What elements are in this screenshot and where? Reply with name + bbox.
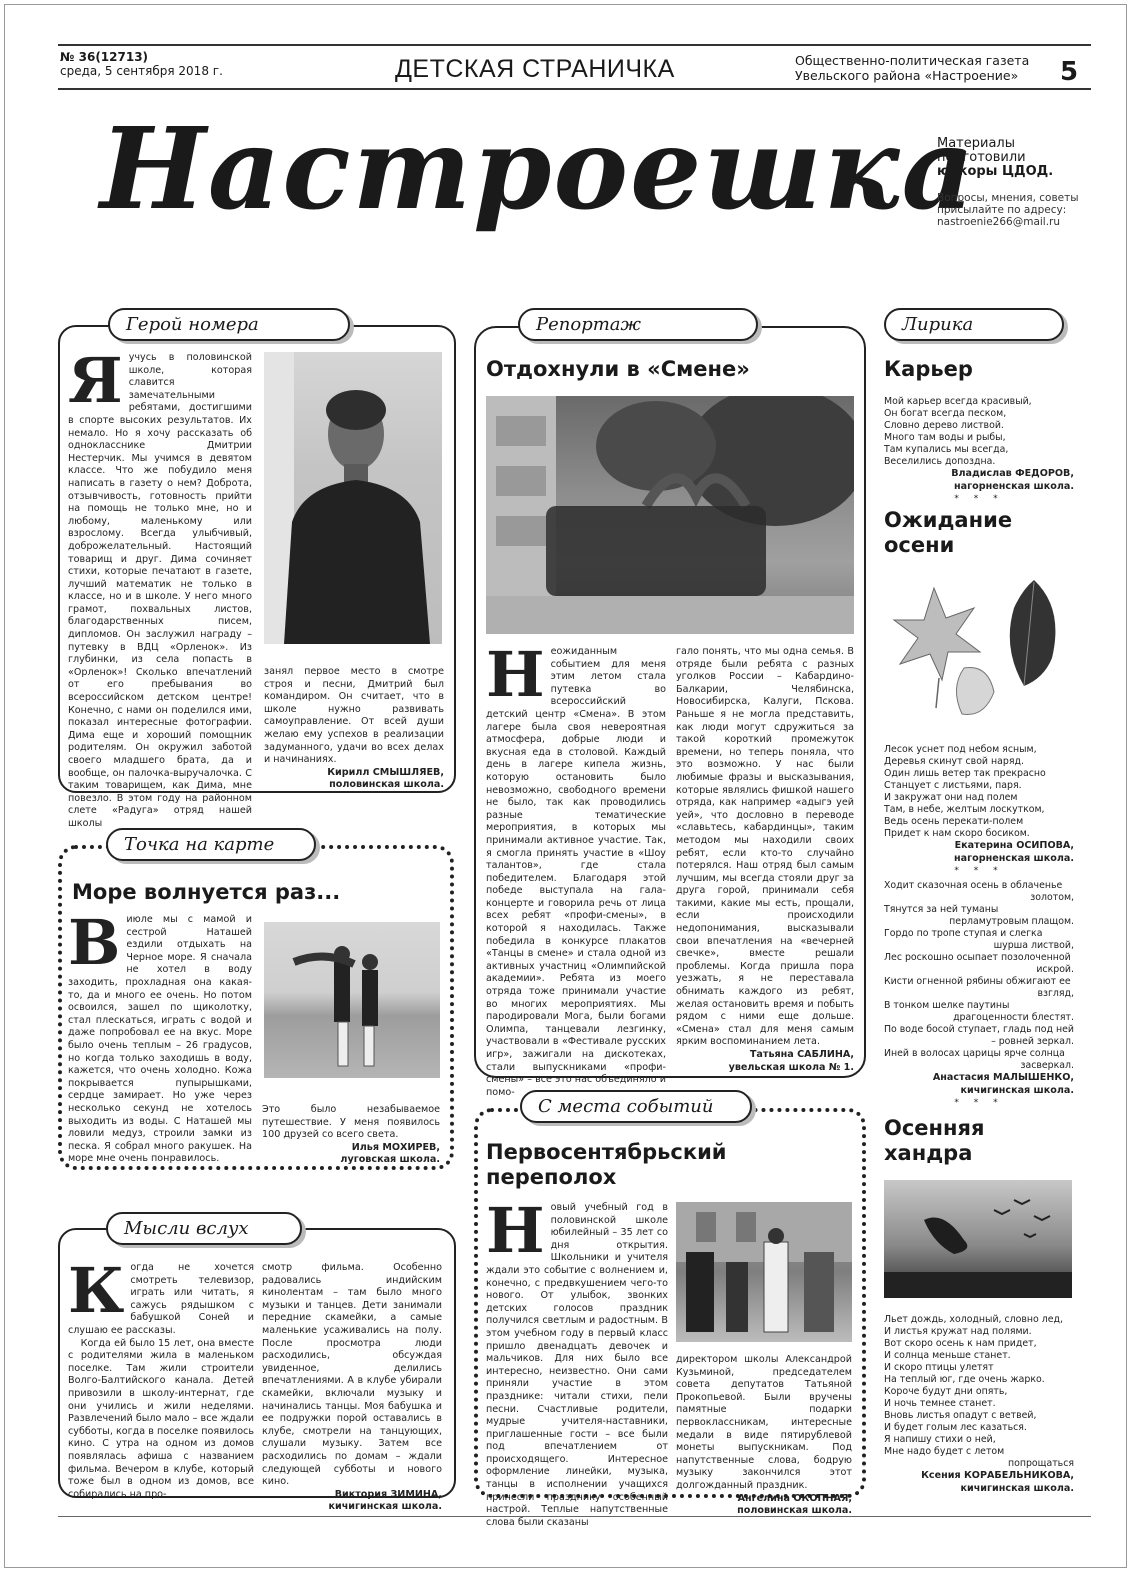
footer-rule [58,1516,1091,1517]
poem-line: И скоро птицы улетят [884,1362,1074,1374]
header-rule-top [58,44,1091,46]
poem-line: На теплый юг, где очень жарко. [884,1374,1074,1386]
hero-text-2: занял первое место в смотре строя и песн… [264,666,444,765]
thoughts-author: Виктория ЗИМИНА, [262,1489,442,1502]
poem2-title-line2: осени [884,533,954,557]
poem2-author: Екатерина ОСИПОВА, [884,840,1074,853]
poem-line-cont: золотом, [884,892,1074,904]
map-point-rubric: Точка на карте [106,828,316,861]
poem2-title-line1: Ожидание [884,508,1012,532]
report-rubric: Репортаж [518,308,758,341]
poem-line-cont: попрощаться [884,1458,1074,1470]
contact-line1: Вопросы, мнения, советы [937,192,1079,204]
poem-line: Мне надо будет с летом [884,1446,1074,1458]
issue-date: среда, 5 сентября 2018 г. [60,64,223,78]
hero-text-1: учусь в половинской школе, которая слави… [68,352,252,829]
poem-line-cont: драгоценности блестят. [884,1012,1074,1024]
paper-name-line2: Увельского района «Настроение» [795,68,1018,83]
event-text-2: директором школы Александрой Кузьминой, … [676,1354,852,1491]
poem-line: Гордо по тропе ступая и слегка [884,928,1074,940]
poem-line: Станцует с листьями, паря. [884,780,1074,792]
poem-line: И ночь темнее станет. [884,1398,1074,1410]
drop-cap: Н [486,648,545,702]
hero-col1: Я учусь в половинской школе, которая сла… [68,352,252,831]
poem-line: По воде босой ступает, гладь под ней [884,1024,1074,1036]
children-at-sea-icon [264,922,440,1078]
header-rule-bottom [58,88,1091,90]
map-point-headline: Море волнуется раз... [72,880,340,905]
poem-line: Веселились допоздна. [884,456,1074,468]
poem-line: Придет к нам скоро босиком. [884,828,1074,840]
event-headline-line1: Первосентябрьский [486,1140,727,1164]
poem-line: Ходит сказочная осень в облаченье [884,880,1074,892]
school-ceremony-icon [676,1202,852,1342]
poem-line: Лес роскошно осыпает позолоченной [884,952,1074,964]
portrait-icon [264,352,442,644]
report-author: Татьяна САБЛИНА, [676,1049,854,1062]
report-text-2: гало понять, что мы одна семья. В отряде… [676,646,854,1047]
event-photo [676,1202,852,1342]
paper-name: Общественно-политическая газета Увельско… [795,53,1029,83]
poem-line: Словно дерево листвой. [884,420,1074,432]
event-col2: директором школы Александрой Кузьминой, … [676,1354,852,1518]
poem4-author: Ксения КОРАБЕЛЬНИКОВА, [884,1470,1074,1483]
contact-line2: присылайте по адресу: [937,204,1066,216]
issue-info: № 36(12713) среда, 5 сентября 2018 г. [60,50,223,78]
hero-author: Кирилл СМЫШЛЯЕВ, [264,767,444,780]
poem-line: И будет голым лес казаться. [884,1422,1074,1434]
poem3-school: кичигинская школа. [884,1085,1074,1098]
thoughts-text-1: Когда ей было 15 лет, она вместе с родит… [68,1338,254,1500]
poem-line-cont: взгляд, [884,988,1074,1000]
poem2: Лесок уснет под небом ясным, Деревья ски… [884,744,1074,877]
poem1-author: Владислав ФЕДОРОВ, [884,468,1074,481]
poem-line: Льет дождь, холодный, словно лед, [884,1314,1074,1326]
report-school: увельская школа № 1. [676,1062,854,1075]
masthead-title: Настроешка [100,110,976,230]
poem1: Мой карьер всегда красивый, Он богат все… [884,396,1074,505]
poem4-school: кичигинская школа. [884,1483,1074,1496]
prepared-line2: подготовили [937,150,1026,165]
thoughts-col1: К огда не хочется смотреть телевизор, иг… [68,1262,254,1501]
poem-line-cont: перламутровым плащом. [884,916,1074,928]
poem-line: Иней в волосах царицы ярче солнца [884,1048,1074,1060]
poem-line: Деревья скинут свой наряд. [884,756,1074,768]
poem3: Ходит сказочная осень в облаченье золото… [884,880,1074,1109]
event-col1: Н овый учебный год в половинской школе ю… [486,1202,668,1529]
lyrics-rubric: Лирика [884,308,1064,341]
report-photo [486,396,854,634]
poem-line: В тонком шелке паутины [884,1000,1074,1012]
map-point-school: луговская школа. [262,1154,440,1167]
prepared-line3: юнкоры ЦДОД. [937,164,1053,179]
separator-stars: * * * [884,865,1074,877]
thoughts-school: кичигинская школа. [262,1501,442,1514]
poem4-title-line2: хандра [884,1141,972,1165]
poem2-title: Ожидание осени [884,508,1012,558]
poem-line: Мой карьер всегда красивый, [884,396,1074,408]
event-rubric: С места событий [520,1090,752,1123]
poem2-school: нагорненская школа. [884,853,1074,866]
autumn-leaves-icon [884,568,1074,738]
map-point-text-2: Это было незабываемое путешествие. У мен… [262,1104,440,1140]
group-photo-icon [486,396,854,634]
contact-info: Вопросы, мнения, советы присылайте по ад… [937,192,1079,228]
drop-cap: Н [486,1204,545,1258]
hero-school: половинская школа. [264,779,444,792]
flying-birds-icon [884,1180,1072,1298]
poem-line: И солнца меньше станет. [884,1350,1074,1362]
page-number: 5 [1060,57,1078,87]
separator-stars: * * * [884,1097,1074,1109]
poem1-title: Карьер [884,357,973,382]
poem-line: Один лишь ветер так прекрасно [884,768,1074,780]
poem-line: Вновь листья опадут с ветвей, [884,1410,1074,1422]
drop-cap: В [68,916,120,970]
poem-line: Вот скоро осень к нам придет, [884,1338,1074,1350]
poem-line: Там, в небе, желтым лоскутком, [884,804,1074,816]
hero-rubric: Герой номера [108,308,350,341]
poem-line: Тянутся за ней туманы [884,904,1074,916]
poem3-author: Анастасия МАЛЫШЕНКО, [884,1072,1074,1085]
report-col2: гало понять, что мы одна семья. В отряде… [676,646,854,1074]
poem-line: Короче будут дни опять, [884,1386,1074,1398]
hero-photo [264,352,442,644]
issue-number: № 36(12713) [60,50,148,64]
poem-line-cont: искрой. [884,964,1074,976]
contact-email[interactable]: nastroenie266@mail.ru [937,216,1060,228]
report-col1: Н еожиданным событием для меня этим лето… [486,646,666,1099]
drop-cap: Я [68,354,123,408]
poem-line: И закружат они над полем [884,792,1074,804]
event-headline: Первосентябрьский переполох [486,1140,727,1190]
event-author: Ангелина ОКОПНАЯ, [676,1493,852,1506]
poem-line: Я напишу стихи о ней, [884,1434,1074,1446]
poem-line-cont: засверкал. [884,1060,1074,1072]
thoughts-col2: смотр фильма. Особенно радовались индийс… [262,1262,442,1514]
poem-line-cont: шурша листвой, [884,940,1074,952]
poem-line: И листья кружат над полями. [884,1326,1074,1338]
thoughts-text-2: смотр фильма. Особенно радовались индийс… [262,1262,442,1487]
paper-name-line1: Общественно-политическая газета [795,53,1029,68]
thoughts-rubric: Мысли вслух [106,1212,302,1245]
prepared-by: Материалы подготовили юнкоры ЦДОД. [937,137,1053,179]
map-point-col2: Это было незабываемое путешествие. У мен… [262,1104,440,1167]
poem1-school: нагорненская школа. [884,481,1074,494]
poem-line: Там купались мы всегда, [884,444,1074,456]
event-headline-line2: переполох [486,1165,616,1189]
poem-line: Ведь осень перекати-полем [884,816,1074,828]
poem4-title: Осенняя хандра [884,1116,985,1166]
drop-cap: К [68,1264,124,1318]
map-point-col1: В июле мы с мамой и сестрой Наташей езди… [68,914,252,1166]
poem-line: Он богат всегда песком, [884,408,1074,420]
prepared-line1: Материалы [937,136,1015,151]
poem-line: Много там воды и рыбы, [884,432,1074,444]
report-headline: Отдохнули в «Смене» [486,357,750,382]
poem-line: Кисти огненной рябины обжигают ее [884,976,1074,988]
report-text-1: еожиданным событием для меня этим летом … [486,646,666,1098]
poem4: Льет дождь, холодный, словно лед, И лист… [884,1314,1074,1495]
section-title: ДЕТСКАЯ СТРАНИЧКА [395,55,675,84]
hero-col2: занял первое место в смотре строя и песн… [264,666,444,792]
poem4-title-line1: Осенняя [884,1116,985,1140]
separator-stars: * * * [884,493,1074,505]
map-point-author: Илья МОХИРЕВ, [262,1142,440,1155]
poem-line: Лесок уснет под небом ясным, [884,744,1074,756]
map-point-photo [264,922,440,1078]
poem-line-cont: – ровней зеркал. [884,1036,1074,1048]
birds-photo [884,1180,1072,1298]
